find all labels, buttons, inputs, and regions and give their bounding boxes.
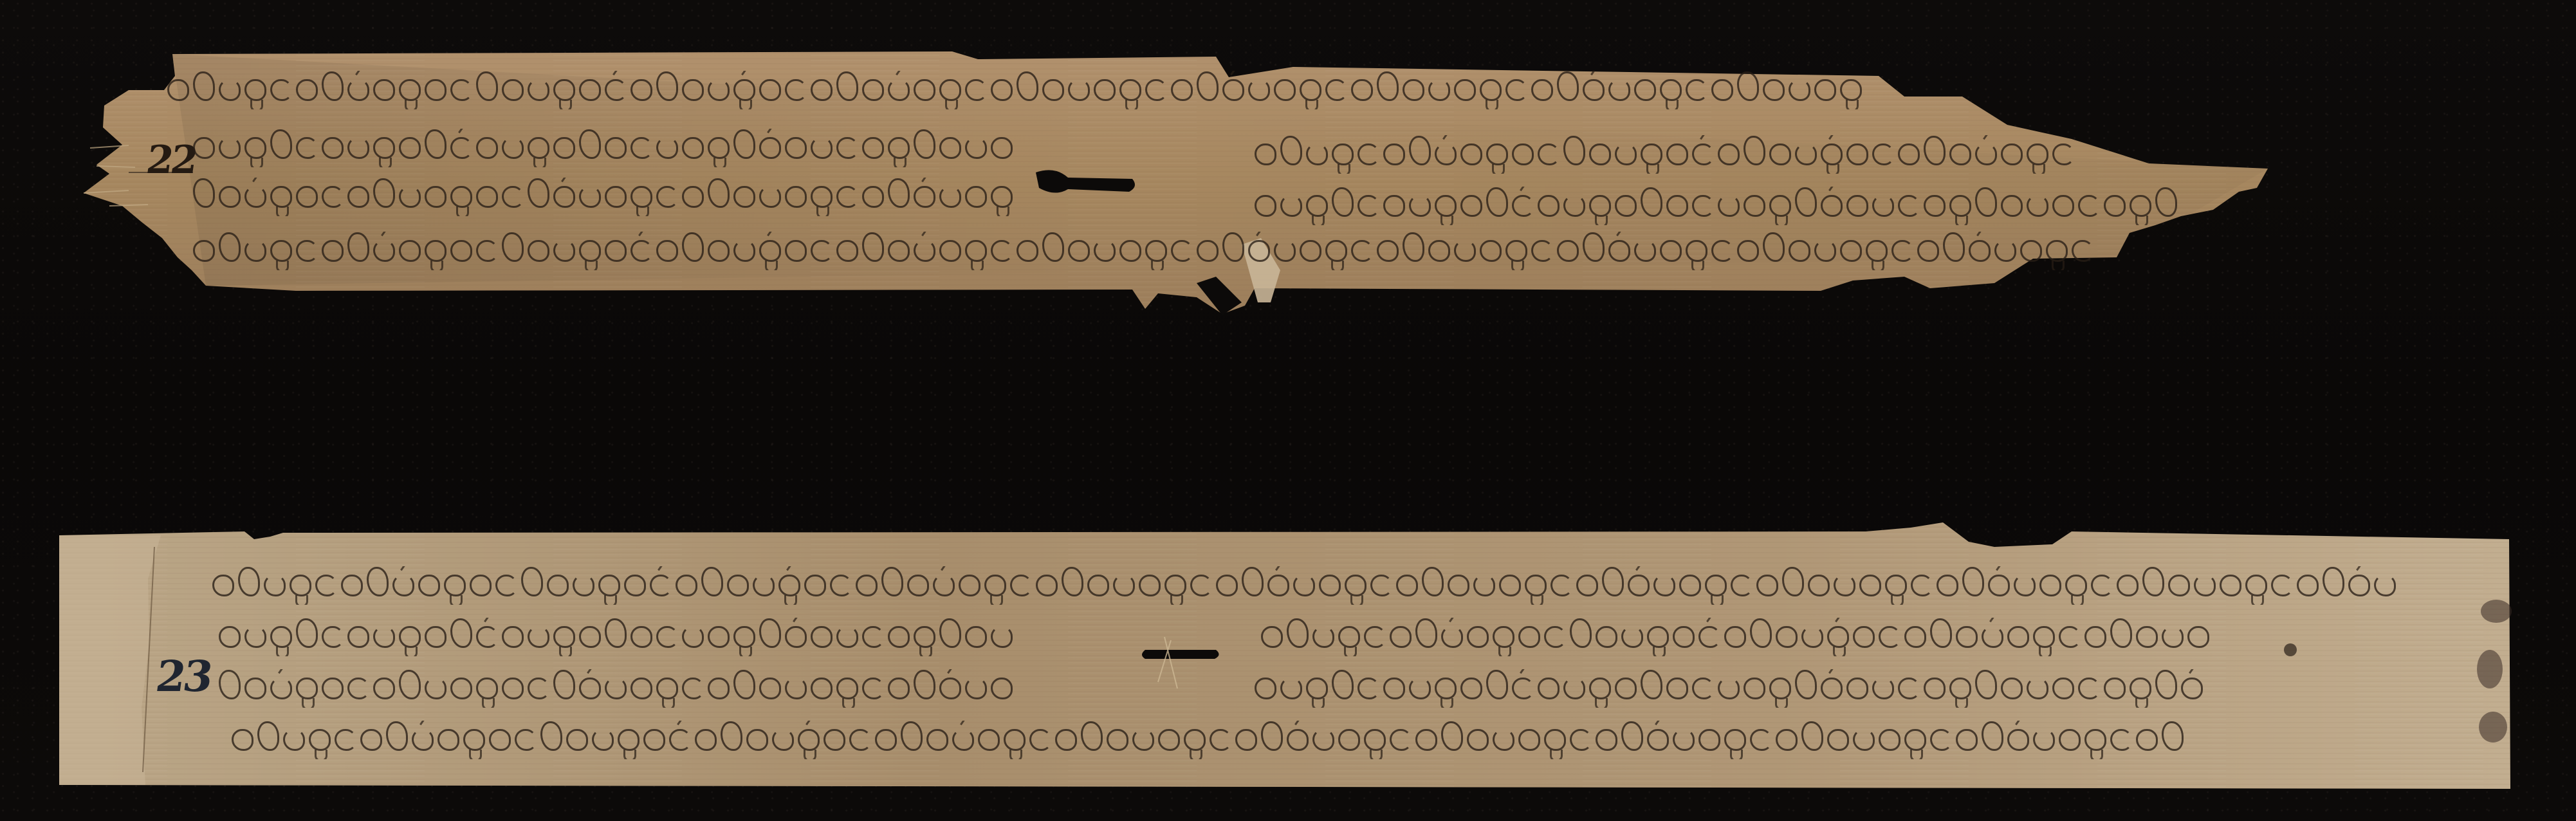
- script-line-top-2b: [1255, 135, 2117, 174]
- script-line-top-3a: [193, 178, 1100, 216]
- string-hole: [1142, 650, 1219, 659]
- script-line-top-4: [193, 232, 2110, 270]
- script-line-top-3b: [1255, 187, 2245, 225]
- script-line-bottom-3a: [219, 669, 1100, 708]
- script-line-bottom-2a: [219, 618, 1100, 656]
- script-line-bottom-2b: [1261, 618, 2284, 656]
- script-line-bottom-4: [232, 721, 2348, 759]
- script-line-top-1: [167, 71, 1904, 109]
- manuscript-photo: 22 23: [0, 0, 2576, 821]
- folio-number-23: 23: [153, 651, 214, 701]
- script-line-bottom-3b: [1255, 669, 2284, 708]
- folio-number-22: 22: [143, 138, 198, 183]
- script-line-top-2a: [193, 129, 1094, 167]
- script-line-bottom-1: [212, 566, 2451, 605]
